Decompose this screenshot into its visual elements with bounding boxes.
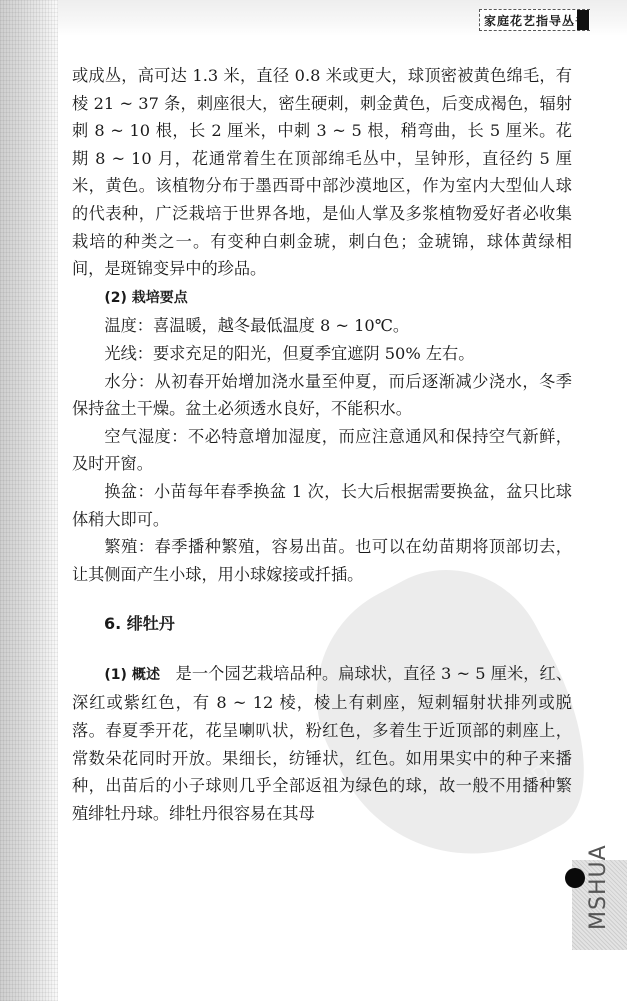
overview-text: 是一个园艺栽培品种。扁球状，直径 3 ~ 5 厘米，红、深红或紫红色，有 8 ~… — [72, 664, 572, 823]
cultivation-heading: (2) 栽培要点 — [72, 283, 572, 313]
propagation-paragraph: 繁殖：春季播种繁殖，容易出苗。也可以在幼苗期将顶部切去，让其侧面产生小球，用小球… — [72, 533, 572, 588]
scan-edge-left — [0, 0, 58, 1001]
running-header: 家庭花艺指导丛书 — [479, 9, 590, 31]
temperature-paragraph: 温度：喜温暖，越冬最低温度 8 ~ 10℃。 — [72, 312, 572, 340]
page-body: 或成丛，高可达 1.3 米，直径 0.8 米或更大，球顶密被黄色绵毛，有棱 21… — [72, 62, 572, 827]
overview-label: (1) 概述 — [104, 667, 160, 683]
water-paragraph: 水分：从初春开始增加浇水量至仲夏，而后逐渐减少浇水，冬季保持盆土干燥。盆土必须透… — [72, 368, 572, 423]
side-watermark-text: MSHUA — [586, 844, 611, 930]
series-title: 家庭花艺指导丛书 — [484, 12, 588, 29]
humidity-paragraph: 空气湿度：不必特意增加湿度，而应注意通风和保持空气新鲜，及时开窗。 — [72, 423, 572, 478]
corner-dot-mark — [565, 868, 585, 888]
header-marker-block — [577, 10, 589, 30]
intro-paragraph: 或成丛，高可达 1.3 米，直径 0.8 米或更大，球顶密被黄色绵毛，有棱 21… — [72, 62, 572, 283]
repotting-paragraph: 换盆：小苗每年春季换盆 1 次，长大后根据需要换盆，盆只比球体稍大即可。 — [72, 478, 572, 533]
light-paragraph: 光线：要求充足的阳光，但夏季宜遮阴 50% 左右。 — [72, 340, 572, 368]
section-title: 6. 绯牡丹 — [72, 610, 572, 638]
overview-paragraph: (1) 概述 是一个园艺栽培品种。扁球状，直径 3 ~ 5 厘米，红、深红或紫红… — [72, 660, 572, 828]
